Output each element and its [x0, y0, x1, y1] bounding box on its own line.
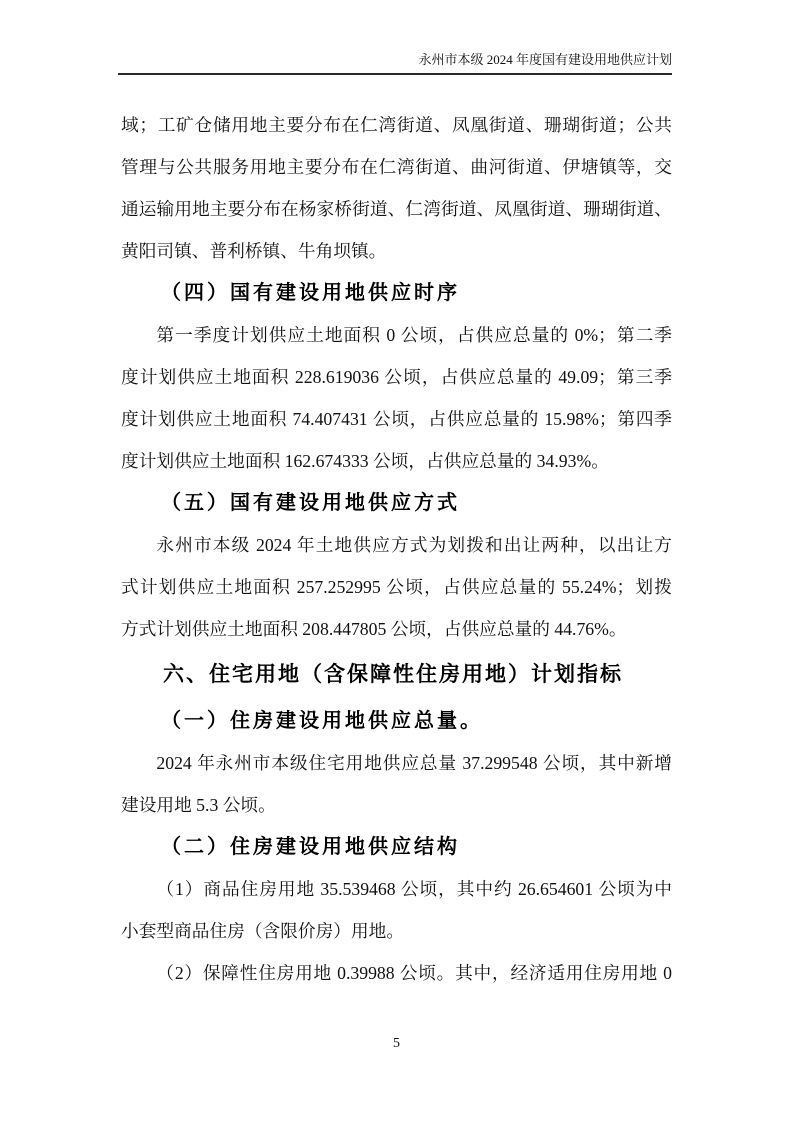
header-title: 永州市本级 2024 年度国有建设用地供应计划	[418, 52, 672, 67]
section-heading-5: （五）国有建设用地供应方式	[121, 482, 672, 524]
body-line: 管理与公共服务用地主要分布在仁湾街道、曲河街道、伊塘镇等，交	[121, 146, 672, 188]
body-line: 小套型商品住房（含限价房）用地。	[121, 910, 672, 952]
body-line: 度计划供应土地面积 74.407431 公顷，占供应总量的 15.98%；第四季	[121, 398, 672, 440]
header-rule	[118, 73, 672, 75]
page-number: 5	[0, 1036, 793, 1052]
body-line: 度计划供应土地面积 228.619036 公顷，占供应总量的 49.09；第三季	[121, 356, 672, 398]
document-page: 永州市本级 2024 年度国有建设用地供应计划 域；工矿仓储用地主要分布在仁湾街…	[0, 0, 793, 1122]
section-heading-4: （四）国有建设用地供应时序	[121, 272, 672, 314]
subsection-heading-1: （一）住房建设用地供应总量。	[121, 700, 672, 742]
body-line: 2024 年永州市本级住宅用地供应总量 37.299548 公顷，其中新增	[121, 742, 672, 784]
body-line: 黄阳司镇、普利桥镇、牛角坝镇。	[121, 230, 672, 272]
document-body: 域；工矿仓储用地主要分布在仁湾街道、凤凰街道、珊瑚街道；公共 管理与公共服务用地…	[121, 104, 672, 994]
body-line: 度计划供应土地面积 162.674333 公顷，占供应总量的 34.93%。	[121, 440, 672, 482]
page-header: 永州市本级 2024 年度国有建设用地供应计划	[118, 52, 672, 68]
subsection-heading-2: （二）住房建设用地供应结构	[121, 826, 672, 868]
body-line: 第一季度计划供应土地面积 0 公顷，占供应总量的 0%；第二季	[121, 314, 672, 356]
body-line: 域；工矿仓储用地主要分布在仁湾街道、凤凰街道、珊瑚街道；公共	[121, 104, 672, 146]
body-line: 式计划供应土地面积 257.252995 公顷，占供应总量的 55.24%；划拨	[121, 566, 672, 608]
body-line: 通运输用地主要分布在杨家桥街道、仁湾街道、凤凰街道、珊瑚街道、	[121, 188, 672, 230]
body-line: （2）保障性住房用地 0.39988 公顷。其中，经济适用住房用地 0	[121, 952, 672, 994]
chapter-heading-6: 六、住宅用地（含保障性住房用地）计划指标	[121, 650, 672, 700]
body-line: 方式计划供应土地面积 208.447805 公顷，占供应总量的 44.76%。	[121, 608, 672, 650]
body-line: （1）商品住房用地 35.539468 公顷，其中约 26.654601 公顷为…	[121, 868, 672, 910]
body-line: 建设用地 5.3 公顷。	[121, 784, 672, 826]
body-line: 永州市本级 2024 年土地供应方式为划拨和出让两种，以出让方	[121, 524, 672, 566]
